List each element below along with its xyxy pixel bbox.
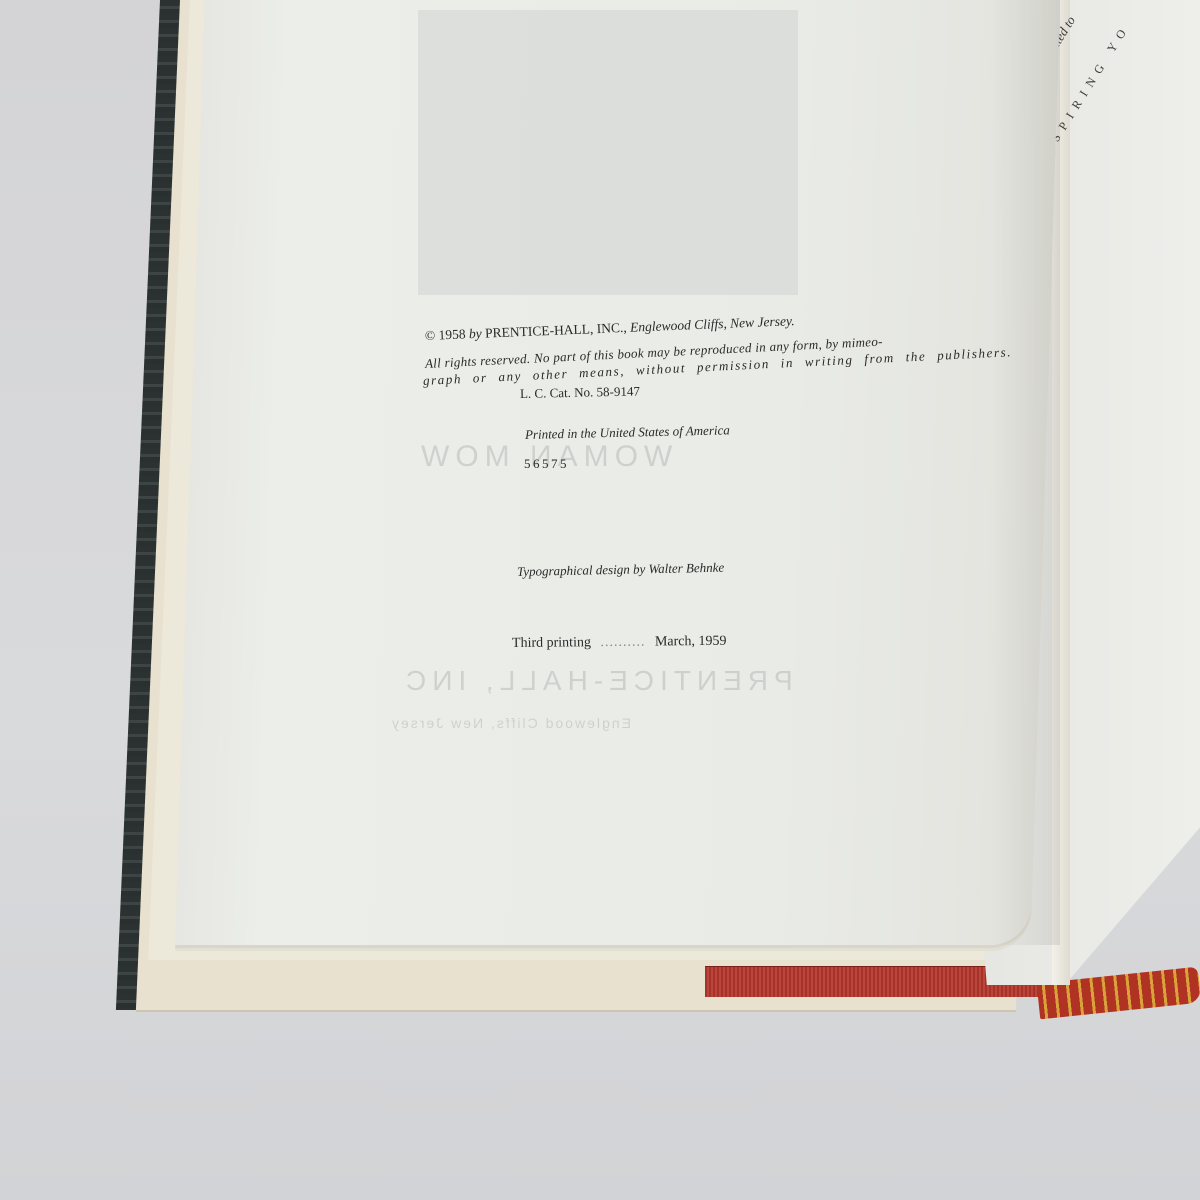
printing-label: Third printing [512, 635, 591, 651]
copyright-symbol: © [425, 328, 436, 343]
printing-leader-dots: .......... [600, 635, 645, 650]
printing-date: March, 1959 [655, 634, 727, 650]
show-through-location: Englewood Cliffs, New Jersey [390, 715, 631, 731]
show-through-publisher: PRENTICE-HALL, INC [400, 665, 793, 697]
page-gutter-shadow [990, 0, 1060, 945]
book-photo-scene: Dedicated to ASPIRING YO WOMAN MOW PRENT… [0, 0, 1200, 1200]
printing-line: Third printing .......... March, 1959 [512, 634, 727, 652]
print-code: 56575 [524, 456, 569, 472]
show-through-image [418, 10, 798, 295]
lc-catalog-number: L. C. Cat. No. 58-9147 [520, 383, 640, 402]
copyright-by: by [469, 326, 482, 341]
copyright-year: 1958 [438, 326, 466, 342]
